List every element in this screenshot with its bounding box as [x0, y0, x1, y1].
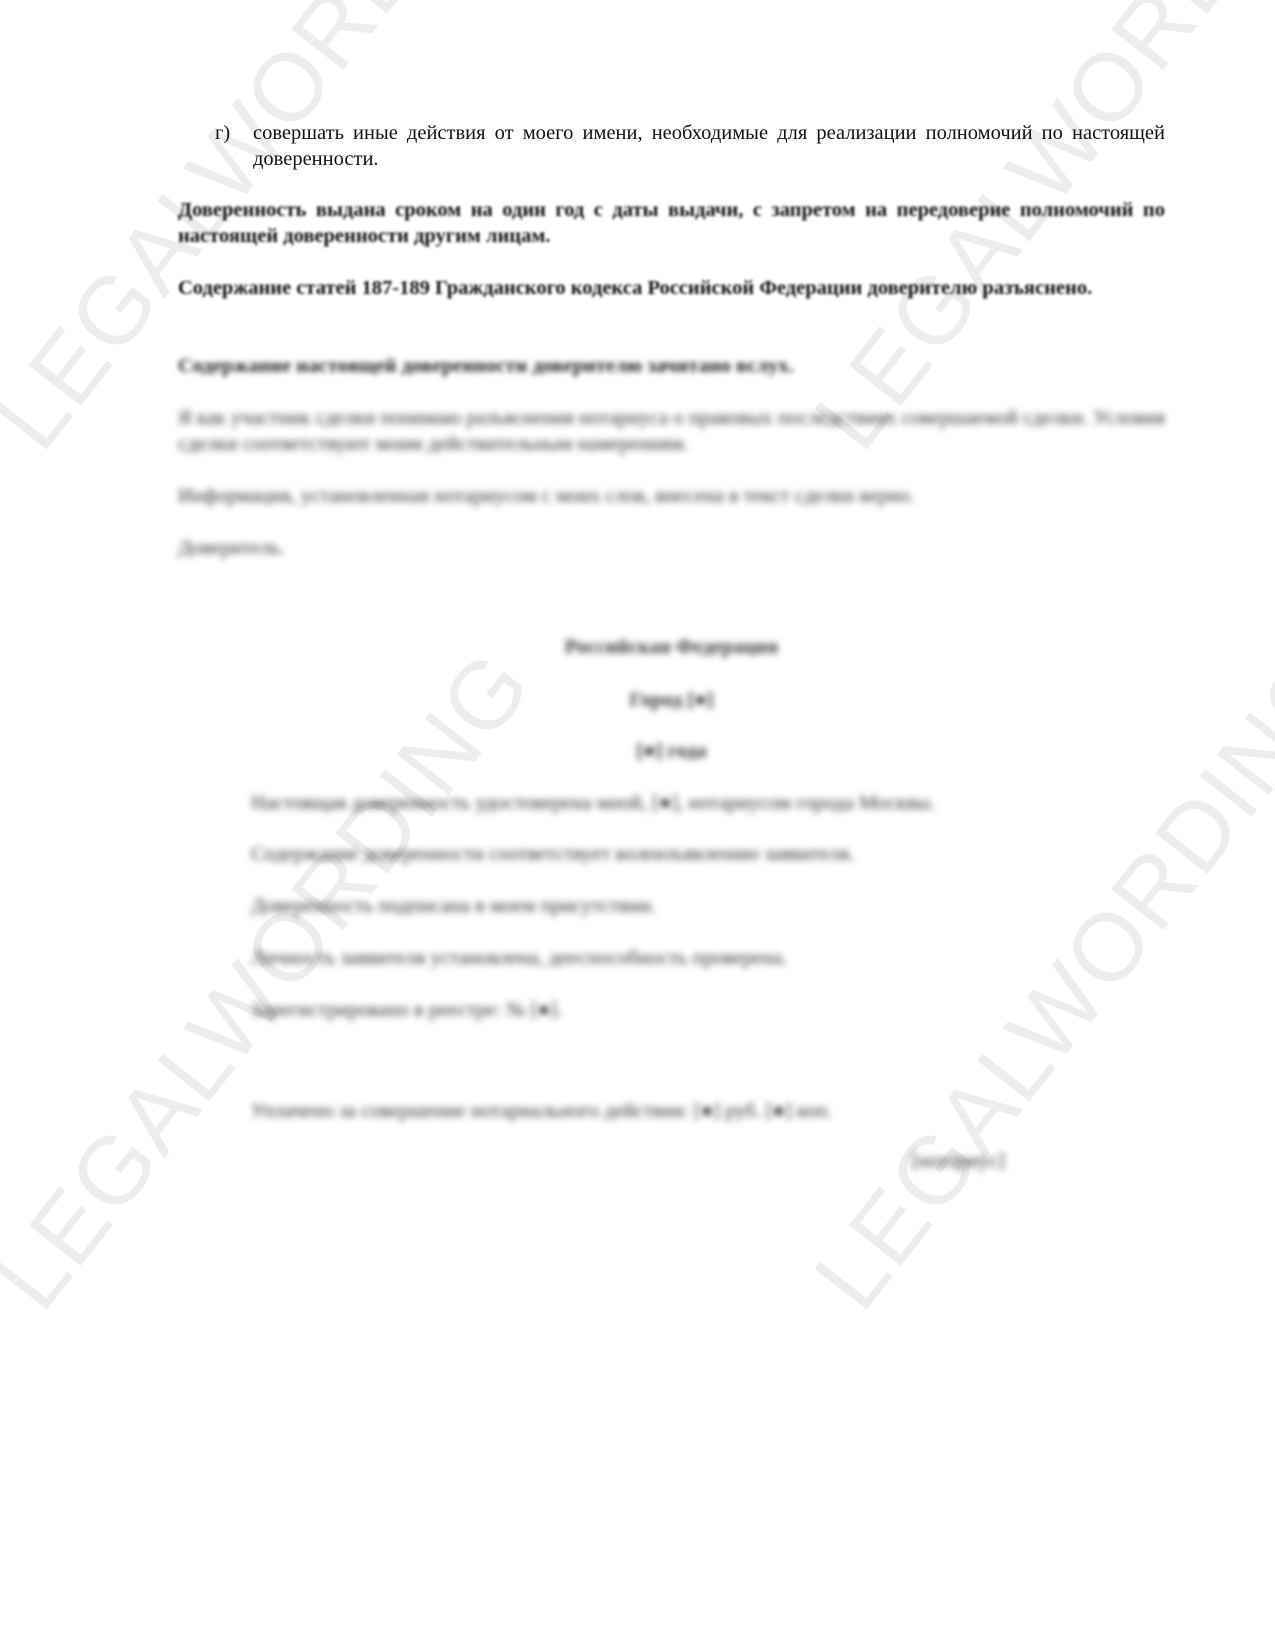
articles-paragraph: Содержание статей 187-189 Гражданского к… [178, 275, 1165, 301]
document-page: LEGALWORDING LEGALWORDING LEGALWORDING L… [0, 0, 1275, 1651]
certification-line: Содержание доверенности соответствует во… [251, 841, 854, 867]
fee-line: Уплачено за совершение нотариального дей… [251, 1098, 832, 1124]
watermark: LEGALWORDING [0, 631, 553, 1330]
certification-city: Город [●] [178, 687, 1165, 713]
understanding-paragraph: Я как участник сделки понимаю разъяснени… [178, 405, 1165, 457]
principal-label: Доверитель. [178, 535, 1165, 561]
certification-line: Настоящая доверенность удостоверена мной… [251, 790, 935, 816]
information-paragraph: Информация, установленная нотариусом с м… [178, 483, 1165, 509]
read-aloud-paragraph: Содержание настоящей доверенности довери… [178, 353, 1165, 379]
certification-date: [●] года [178, 738, 1165, 764]
certification-line: Доверенность подписана в моем присутстви… [251, 893, 656, 919]
certification-country: Российская Федерация [178, 634, 1165, 660]
certification-line: Зарегистрировано в реестре: № [●]. [251, 997, 562, 1023]
list-item-marker: г) [215, 120, 230, 146]
watermark: LEGALWORDING [793, 631, 1275, 1330]
certification-line: Личность заявителя установлена, дееспосо… [251, 945, 787, 971]
notary-signature: [нотариус] [912, 1148, 1005, 1174]
list-item-text: совершать иные действия от моего имени, … [253, 120, 1165, 172]
term-paragraph: Доверенность выдана сроком на один год с… [178, 197, 1165, 249]
